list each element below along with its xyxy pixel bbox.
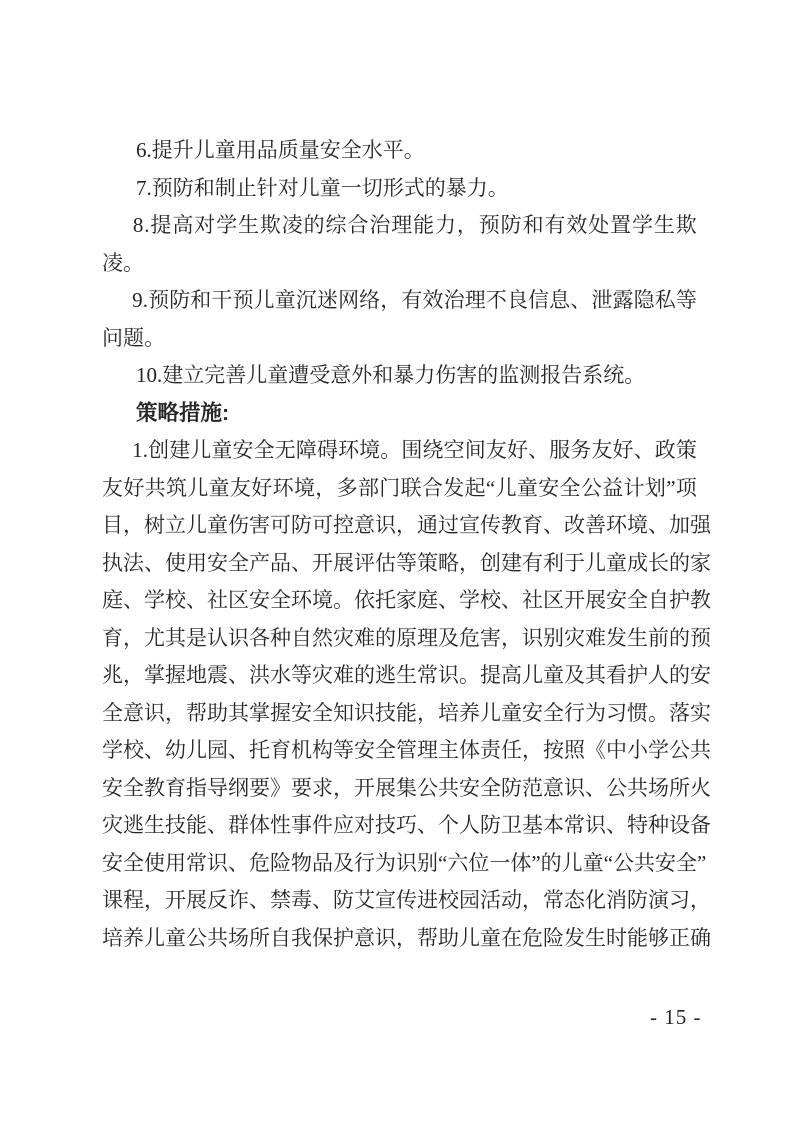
text-line: 兆，掌握地震、洪水等灾难的逃生常识。提高儿童及其看护人的安: [102, 657, 697, 695]
text-line: 全意识，帮助其掌握安全知识技能，培养儿童安全行为习惯。落实: [102, 695, 697, 733]
text-line: 庭、学校、社区安全环境。依托家庭、学校、社区开展安全自护教: [102, 582, 697, 620]
text-line: 育，尤其是认识各种自然灾难的原理及危害，识别灾难发生前的预: [102, 620, 697, 658]
text-line: 友好共筑儿童友好环境，多部门联合发起“儿童安全公益计划”项: [102, 470, 697, 508]
text-line: 执法、使用安全产品、开展评估等策略，创建有利于儿童成长的家: [102, 545, 697, 583]
page-number: - 15 -: [650, 1003, 702, 1031]
text-line: 安全使用常识、危险物品及行为识别“六位一体”的儿童“公共安全”: [102, 845, 697, 883]
text-line: 策略措施:: [102, 395, 697, 433]
text-line: 培养儿童公共场所自我保护意识，帮助儿童在危险发生时能够正确: [102, 920, 697, 958]
document-page: 6.提升儿童用品质量安全水平。7.预防和制止针对儿童一切形式的暴力。8.提高对学…: [0, 0, 794, 1122]
text-line: 学校、幼儿园、托育机构等安全管理主体责任，按照《中小学公共: [102, 732, 697, 770]
text-line: 目，树立儿童伤害可防可控意识，通过宣传教育、改善环境、加强: [102, 507, 697, 545]
text-line: 问题。: [102, 320, 697, 358]
text-line: 1.创建儿童安全无障碍环境。围绕空间友好、服务友好、政策: [102, 432, 697, 470]
text-line: 课程，开展反诈、禁毒、防艾宣传进校园活动，常态化消防演习，: [102, 882, 697, 920]
text-line: 9.预防和干预儿童沉迷网络，有效治理不良信息、泄露隐私等: [102, 282, 697, 320]
text-line: 安全教育指导纲要》要求，开展集公共安全防范意识、公共场所火: [102, 770, 697, 808]
document-body: 6.提升儿童用品质量安全水平。7.预防和制止针对儿童一切形式的暴力。8.提高对学…: [102, 132, 697, 957]
text-line: 6.提升儿童用品质量安全水平。: [102, 132, 697, 170]
text-line: 8.提高对学生欺凌的综合治理能力，预防和有效处置学生欺: [102, 207, 697, 245]
text-line: 灾逃生技能、群体性事件应对技巧、个人防卫基本常识、特种设备: [102, 807, 697, 845]
text-line: 7.预防和制止针对儿童一切形式的暴力。: [102, 170, 697, 208]
text-line: 10.建立完善儿童遭受意外和暴力伤害的监测报告系统。: [102, 357, 697, 395]
text-line: 凌。: [102, 245, 697, 283]
